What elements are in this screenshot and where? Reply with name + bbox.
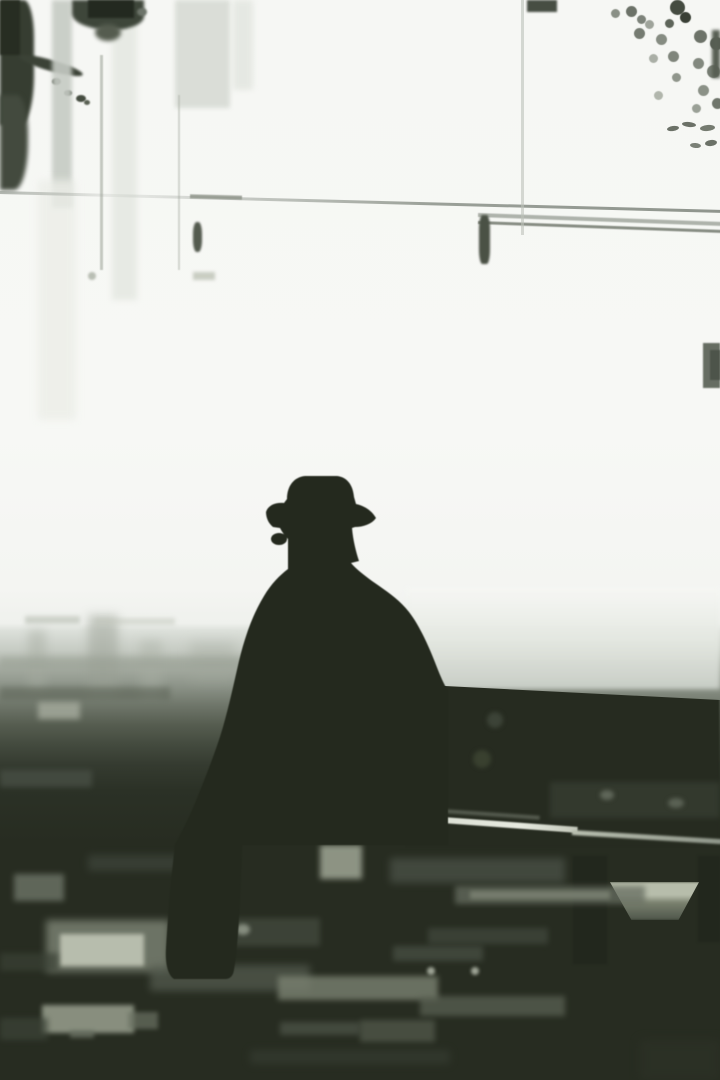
person-silhouette — [0, 0, 720, 1080]
person-hat-and-torso — [175, 476, 448, 845]
person-leg-and-foot — [166, 845, 242, 979]
hat-brim-left-step — [271, 533, 287, 545]
photo-lonely-man-on-bench — [0, 0, 720, 1080]
